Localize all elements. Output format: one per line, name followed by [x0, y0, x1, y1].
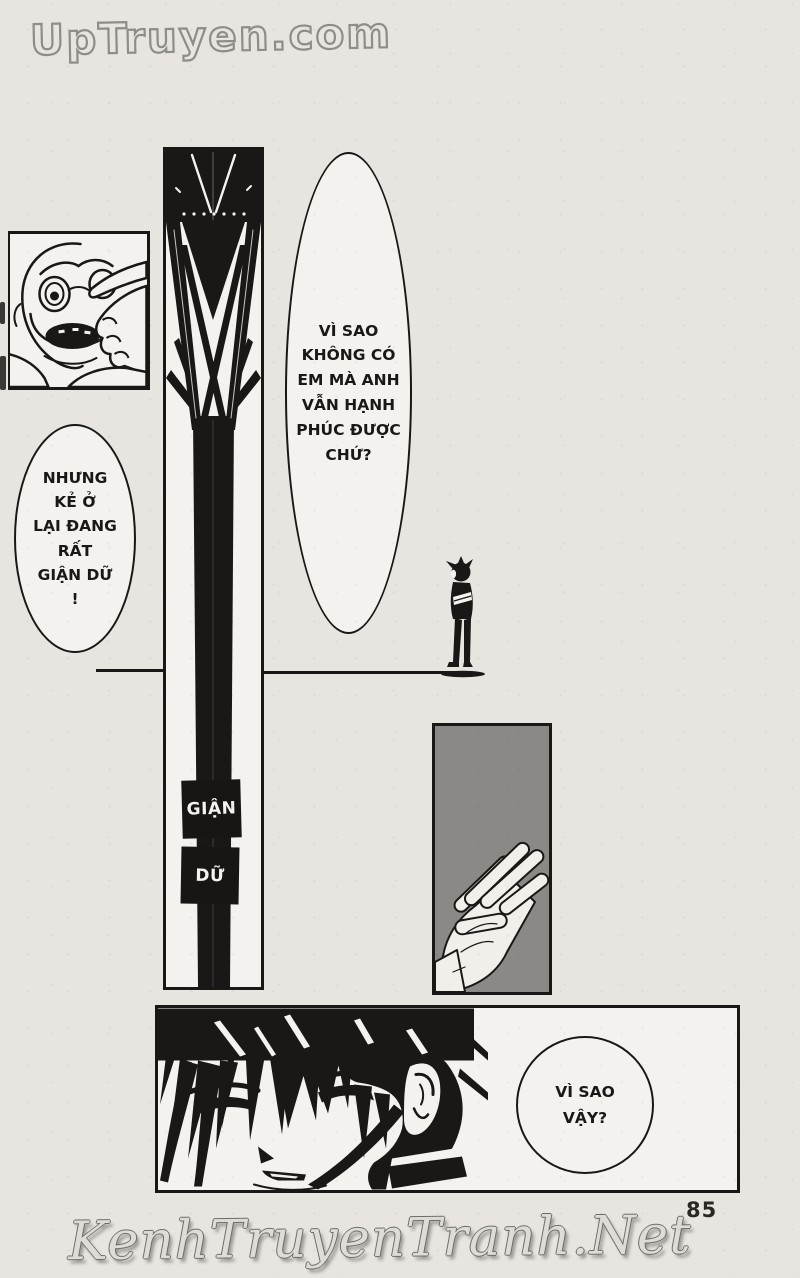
tower-sign-du: DỮ — [182, 848, 239, 904]
face-closeup-illustration — [158, 1008, 488, 1190]
speech-text-line: VÌ SAO — [319, 319, 379, 344]
speech-text-line: GIẬN DỮ — [38, 563, 113, 587]
standing-figure-illustration — [440, 556, 488, 680]
speech-text-line: ! — [71, 587, 78, 611]
speech-text-line: EM MÀ ANH — [297, 368, 399, 393]
speech-bubble-left: NHƯNG KẺ Ở LẠI ĐANG RẤT GIẬN DỮ ! — [14, 424, 136, 653]
watermark-uptruyen: UpTruyen.com — [30, 8, 393, 65]
speech-text-line: VÌ SAO — [555, 1079, 615, 1105]
speech-text-line: LẠI ĐANG — [33, 514, 117, 538]
scan-smudge — [0, 356, 6, 390]
watermark-kenhtruyentranh: KenhTruyenTranh.Net — [68, 1205, 692, 1273]
ground-line-left — [96, 669, 163, 672]
tower-sign-du-label: DỮ — [195, 865, 225, 886]
speech-text-line: RẤT — [58, 539, 93, 563]
hand-illustration — [435, 726, 549, 992]
manga-page: UpTruyen.com — [0, 0, 800, 1278]
monkey-face-illustration — [10, 234, 147, 387]
speech-bubble-right: VÌ SAO KHÔNG CÓ EM MÀ ANH VẪN HẠNH PHÚC … — [285, 152, 412, 634]
panel-hand — [432, 723, 552, 995]
speech-text-line: CHỨ? — [325, 443, 371, 468]
speech-text-line: PHÚC ĐƯỢC — [296, 418, 401, 443]
panel-face-closeup: VÌ SAO VẬY? — [155, 1005, 740, 1193]
speech-text-line: NHƯNG — [43, 466, 108, 490]
speech-text-line: KHÔNG CÓ — [302, 343, 396, 368]
scan-smudge — [0, 302, 5, 324]
tower-sign-gian-label: GIẬN — [186, 798, 236, 819]
speech-text-line: KẺ Ở — [54, 490, 96, 514]
tower-sign-gian: GIẬN — [182, 780, 240, 837]
speech-text-line: VẪN HẠNH — [302, 393, 395, 418]
speech-text-line: VẬY? — [563, 1105, 607, 1131]
panel-monkey-face — [8, 231, 150, 390]
speech-bubble-bottom: VÌ SAO VẬY? — [516, 1036, 654, 1174]
